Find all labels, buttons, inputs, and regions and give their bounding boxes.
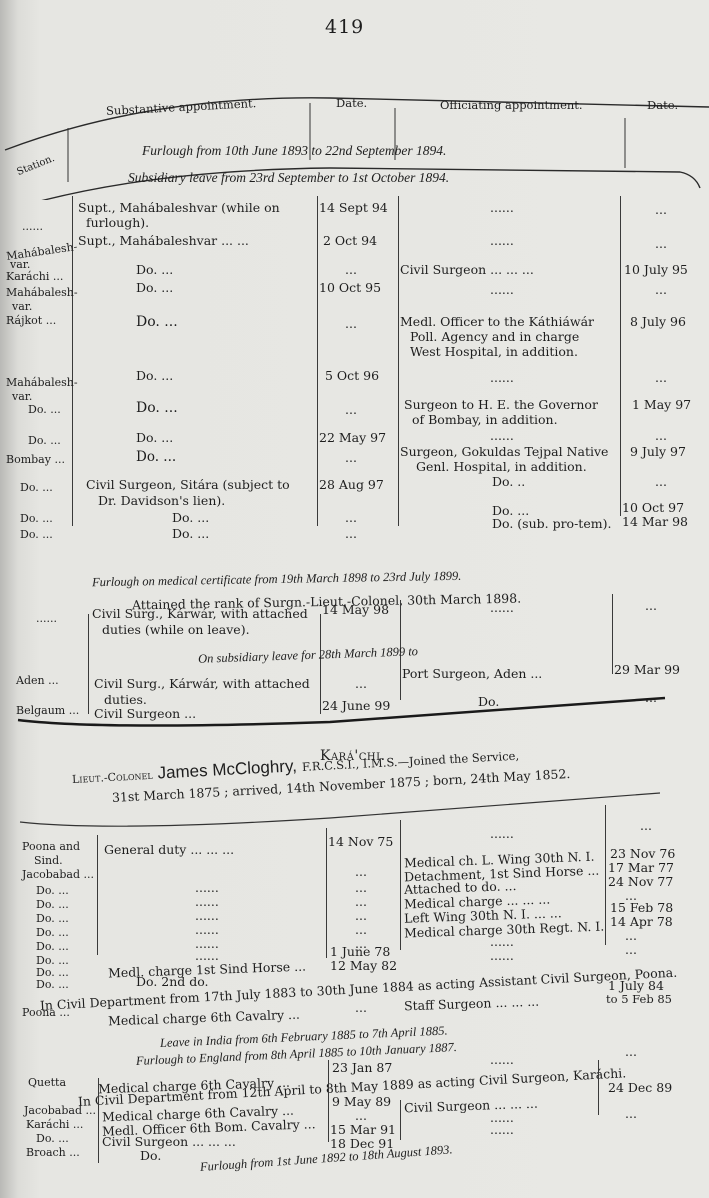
station-cell: Bombay ... — [6, 453, 65, 466]
date-cell: ... — [345, 526, 357, 541]
officiating-cell: Civil Surgeon ... ... ... — [400, 262, 534, 277]
date-cell: 1 June 78 — [330, 944, 390, 959]
station-cell: Quetta — [28, 1076, 66, 1089]
station-cell: Do. ... — [36, 1132, 69, 1145]
officiating-date-cell: to 5 Feb 85 — [606, 992, 672, 1006]
substantive-cell: Dr. Davidson's lien). — [98, 493, 225, 508]
officiating-date-cell: ... — [625, 1044, 637, 1059]
officiating-date-cell: 9 July 97 — [630, 444, 686, 459]
date-cell: ... — [355, 1108, 367, 1123]
col-line — [400, 820, 401, 950]
date-cell: 28 Aug 97 — [319, 477, 384, 492]
col-line — [317, 196, 318, 526]
officiating-date-cell: ... — [655, 236, 667, 251]
date-cell: 14 Sept 94 — [319, 200, 388, 215]
substantive-cell: Do. ... — [136, 262, 173, 277]
officiating-cell: Surgeon to H. E. the Governor — [404, 397, 598, 412]
officiating-cell: Medl. Officer to the Káthiáwár — [400, 314, 594, 329]
substantive-cell: Civil Surgeon, Sitára (subject to — [86, 477, 290, 492]
officiating-cell: ...... — [490, 948, 514, 963]
officiating-cell: Genl. Hospital, in addition. — [416, 459, 587, 474]
station-cell: Do. ... — [28, 403, 61, 416]
officiating-date-cell: 1 July 84 — [608, 978, 664, 993]
furlough-final-heading: Furlough from 1st June 1892 to 18th Augu… — [199, 1142, 453, 1175]
col-line — [605, 805, 606, 945]
col-line — [620, 196, 621, 516]
officer-rank: Lieut.-Colonel — [72, 769, 153, 786]
officiating-cell: Surgeon, Gokuldas Tejpal Native — [400, 444, 608, 459]
furlough-heading-2: Furlough on medical certificate from 19t… — [92, 569, 462, 590]
officiating-date-cell: 10 July 95 — [624, 262, 688, 277]
officiating-date-cell: ... — [640, 818, 652, 833]
substantive-cell: Civil Surgeon ... — [94, 706, 196, 721]
substantive-cell: Supt., Mahábaleshvar ... ... — [78, 233, 249, 248]
station-cell: Do. ... — [36, 898, 69, 911]
officiating-date-cell: ... — [655, 428, 667, 443]
col-line — [97, 835, 98, 955]
officiating-date-cell: 14 Mar 98 — [622, 514, 688, 529]
date-cell: ... — [355, 676, 367, 691]
officiating-cell: ...... — [490, 282, 514, 297]
date-cell: 9 May 89 — [332, 1094, 391, 1109]
officiating-date-cell: ... — [655, 282, 667, 297]
substantive-cell: Do. ... — [172, 526, 209, 541]
date-cell: ... — [345, 402, 357, 417]
station-cell: Broach ... — [26, 1146, 80, 1159]
col-line — [612, 594, 613, 674]
officiating-date-cell: 17 Mar 77 — [608, 860, 674, 875]
officiating-cell: Staff Surgeon ... ... ... — [404, 994, 540, 1014]
station-cell: Jacobabad ... — [24, 1104, 96, 1117]
officiating-date-cell: 15 Feb 78 — [610, 900, 673, 915]
date-cell: ... — [355, 894, 367, 909]
officiating-cell: of Bombay, in addition. — [412, 412, 558, 427]
station-cell: var. — [12, 390, 32, 403]
subsidiary-heading-1: Subsidiary leave from 23rd September to … — [128, 170, 449, 186]
substantive-cell: Do. ... — [136, 449, 176, 465]
substantive-cell: Medical charge 6th Cavalry ... — [108, 1007, 300, 1029]
officiating-date-cell: 10 Oct 97 — [622, 500, 684, 515]
substantive-cell: Civil Surg., Kárwár, with attached — [92, 606, 308, 621]
header-date-2: Date. — [647, 98, 678, 112]
substantive-cell: ...... — [195, 894, 219, 909]
header-officiating: Officiating appointment. — [440, 98, 583, 112]
col-line — [598, 1060, 599, 1115]
officiating-cell: ...... — [490, 370, 514, 385]
officiating-cell: ...... — [490, 826, 514, 841]
substantive-cell: Supt., Mahábaleshvar (while on — [78, 200, 280, 215]
substantive-cell: Do. ... — [136, 400, 178, 416]
date-cell: ... — [345, 510, 357, 525]
officiating-cell: Civil Surgeon ... ... ... — [404, 1096, 538, 1116]
col-line — [98, 1078, 99, 1163]
officiating-date-cell: 23 Nov 76 — [610, 846, 675, 861]
station-cell: Do. ... — [36, 884, 69, 897]
substantive-cell: Do. — [140, 1148, 161, 1163]
officiating-date-cell: 24 Nov 77 — [608, 874, 673, 889]
officiating-date-cell: ... — [655, 474, 667, 489]
station-cell: Do. ... — [20, 512, 53, 525]
substantive-cell: ...... — [195, 908, 219, 923]
col-line — [398, 196, 399, 526]
station-cell: Do. ... — [36, 912, 69, 925]
officiating-date-cell: ... — [655, 370, 667, 385]
date-cell: ... — [345, 450, 357, 465]
date-cell: 12 May 82 — [330, 958, 397, 973]
officiating-cell: ...... — [490, 600, 514, 615]
substantive-cell: Civil Surgeon ... ... ... — [102, 1134, 236, 1149]
station-cell: Do. ... — [20, 528, 53, 541]
station-cell: Do. ... — [20, 481, 53, 494]
station-cell: Sind. — [34, 854, 63, 867]
substantive-cell: duties (while on leave). — [102, 622, 250, 637]
officiating-cell: ...... — [490, 233, 514, 248]
col-line — [88, 614, 89, 714]
date-cell: ... — [355, 880, 367, 895]
substantive-cell: duties. — [104, 692, 147, 707]
substantive-cell: Do. ... — [136, 314, 178, 330]
officiating-cell: Poll. Agency and in charge — [410, 329, 579, 344]
station-cell: ...... — [22, 220, 43, 233]
officiating-date-cell: ... — [645, 598, 657, 613]
officiating-date-cell: ... — [625, 1106, 637, 1121]
station-cell: Belgaum ... — [16, 704, 79, 717]
station-cell: Mahábalesh- — [6, 286, 78, 299]
header-date-1: Date. — [336, 96, 367, 110]
col-line — [328, 1060, 329, 1142]
officiating-cell: Do. — [478, 694, 499, 709]
subsidiary-heading-2: On subsidiary leave for 28th March 1899 … — [198, 644, 418, 667]
date-cell: ... — [355, 1000, 367, 1015]
station-cell: Do. ... — [36, 940, 69, 953]
col-line — [320, 614, 321, 714]
station-cell: Karáchi ... — [26, 1118, 83, 1131]
officiating-cell: Port Surgeon, Aden ... — [402, 666, 542, 681]
date-cell: 5 Oct 96 — [325, 368, 379, 383]
station-cell: Karáchi ... — [6, 270, 63, 283]
substantive-cell: Do. ... — [136, 368, 173, 383]
substantive-cell: ...... — [195, 922, 219, 937]
date-cell: ... — [355, 908, 367, 923]
substantive-cell: Do. ... — [136, 430, 173, 445]
officiating-date-cell: 14 Apr 78 — [610, 914, 673, 929]
substantive-cell: ...... — [195, 880, 219, 895]
station-cell: Rájkot ... — [6, 314, 56, 327]
date-cell: 10 Oct 95 — [319, 280, 381, 295]
officiating-date-cell: 29 Mar 99 — [614, 662, 680, 677]
officiating-cell: Do. (sub. pro-tem). — [492, 516, 611, 531]
substantive-cell: General duty ... ... ... — [104, 842, 234, 857]
date-cell: ... — [355, 864, 367, 879]
officiating-date-cell: ... — [625, 928, 637, 943]
date-cell: 23 Jan 87 — [332, 1060, 392, 1075]
date-cell: 14 Nov 75 — [328, 834, 393, 849]
col-line — [400, 1100, 401, 1140]
date-cell: ... — [345, 262, 357, 277]
officiating-cell: West Hospital, in addition. — [410, 344, 578, 359]
officiating-cell: ...... — [490, 934, 514, 949]
officiating-date-cell: ... — [625, 942, 637, 957]
date-cell: ... — [345, 316, 357, 331]
furlough-heading-1: Furlough from 10th June 1893 to 22nd Sep… — [142, 143, 446, 159]
officer-name: James McCloghry, — [157, 756, 297, 782]
officiating-date-cell: 24 Dec 89 — [608, 1080, 672, 1095]
substantive-cell: furlough). — [86, 215, 149, 230]
officiating-date-cell: ... — [655, 202, 667, 217]
substantive-cell: Do. ... — [172, 510, 209, 525]
officiating-cell: ...... — [490, 1122, 514, 1137]
station-cell: Do. ... — [28, 434, 61, 447]
station-cell: ...... — [36, 612, 57, 625]
officiating-cell: ...... — [490, 1052, 514, 1067]
substantive-cell: Civil Surg., Kárwár, with attached — [94, 676, 310, 691]
station-cell: Jacobabad ... — [22, 868, 94, 881]
date-cell: 14 May 98 — [322, 602, 389, 617]
substantive-cell: Do. 2nd do. — [136, 974, 209, 989]
officiating-cell: ...... — [490, 428, 514, 443]
station-cell: Aden ... — [16, 674, 59, 687]
officiating-cell: ...... — [490, 200, 514, 215]
date-cell: ... — [355, 922, 367, 937]
station-cell: Do. ... — [36, 926, 69, 939]
station-cell: var. — [12, 300, 32, 313]
col-line — [326, 828, 327, 958]
date-cell: 2 Oct 94 — [323, 233, 377, 248]
officiating-date-cell: 1 May 97 — [632, 397, 691, 412]
date-cell: 22 May 97 — [319, 430, 386, 445]
station-cell: Poona and — [22, 840, 80, 853]
substantive-cell: Do. ... — [136, 280, 173, 295]
station-cell: Poona ... — [22, 1006, 70, 1019]
station-cell: Do. ... — [36, 978, 69, 991]
date-cell: 15 Mar 91 — [330, 1122, 396, 1137]
officiating-date-cell: ... — [645, 690, 657, 705]
station-cell: Mahábalesh- — [6, 376, 78, 389]
officiating-cell: Do. .. — [492, 474, 525, 489]
officiating-date-cell: 8 July 96 — [630, 314, 686, 329]
date-cell: 24 June 99 — [322, 698, 390, 713]
